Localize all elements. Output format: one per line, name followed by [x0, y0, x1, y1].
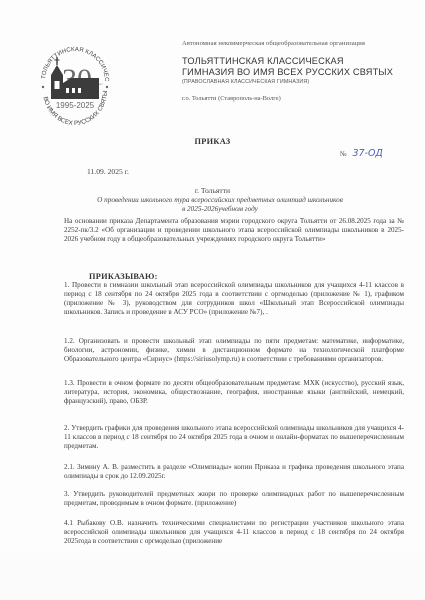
order-item-1: 1. Провести в гимназии школьный этап все…: [64, 281, 404, 317]
order-basis-paragraph: На основании приказа Департамента образо…: [64, 217, 404, 244]
order-item-3: 3. Утвердить руководителей предметных жю…: [64, 490, 404, 508]
document-page: ТОЛЬЯТТИНСКАЯ КЛАССИЧЕСКАЯ ГИМНАЗИЯ ВО И…: [0, 0, 425, 600]
page-bottom-fade: [0, 548, 425, 600]
order-item-2: 2. Утвердить графики для проведения школ…: [64, 424, 404, 451]
gymnasium-anniversary-logo: ТОЛЬЯТТИНСКАЯ КЛАССИЧЕСКАЯ ГИМНАЗИЯ ВО И…: [37, 35, 113, 131]
org-name: ТОЛЬЯТТИНСКАЯ КЛАССИЧЕСКАЯ ГИМНАЗИЯ ВО И…: [182, 56, 422, 77]
order-subject: О проведении школьного тура всероссийски…: [60, 196, 380, 214]
org-city: г.о. Тольятти (Ставрополь-на-Волге): [182, 95, 422, 102]
organization-header: Автономная некоммерческая общеобразовате…: [182, 40, 422, 102]
org-name-line1: ТОЛЬЯТТИНСКАЯ КЛАССИЧЕСКАЯ: [182, 56, 422, 67]
org-name-line2: ГИМНАЗИЯ ВО ИМЯ ВСЕХ РУССКИХ СВЯТЫХ: [182, 67, 422, 78]
org-subtitle: (ПРАВОСЛАВНАЯ КЛАССИЧЕСКАЯ ГИМНАЗИЯ): [182, 79, 422, 85]
logo-years: 1995-2025: [56, 101, 95, 110]
order-number-label: №: [340, 150, 347, 158]
orders-heading: ПРИКАЗЫВАЮ:: [89, 272, 158, 281]
order-number-handwritten: 37-ОД: [352, 148, 382, 159]
order-subject-line1: О проведении школьного тура всероссийски…: [60, 196, 380, 205]
order-item-4-1: 4.1 Рыбакову О.В. назначить техническими…: [64, 519, 404, 546]
order-item-1-2: 1.2. Организовать и провести школьный эт…: [64, 337, 404, 364]
order-item-2-1: 2.1. Зимину А. В. разместить в разделе «…: [64, 463, 404, 481]
org-type: Автономная некоммерческая общеобразовате…: [182, 40, 422, 47]
order-item-1-3: 1.3. Провести в очном формате по десяти …: [64, 379, 404, 406]
order-city: г. Тольятти: [0, 186, 425, 195]
order-number: № 37-ОД: [340, 148, 383, 159]
order-date: 11.09. 2025 г.: [87, 167, 129, 176]
order-subject-line2: в 2025-2026учебном году: [60, 205, 380, 214]
document-title: ПРИКАЗ: [0, 137, 425, 146]
